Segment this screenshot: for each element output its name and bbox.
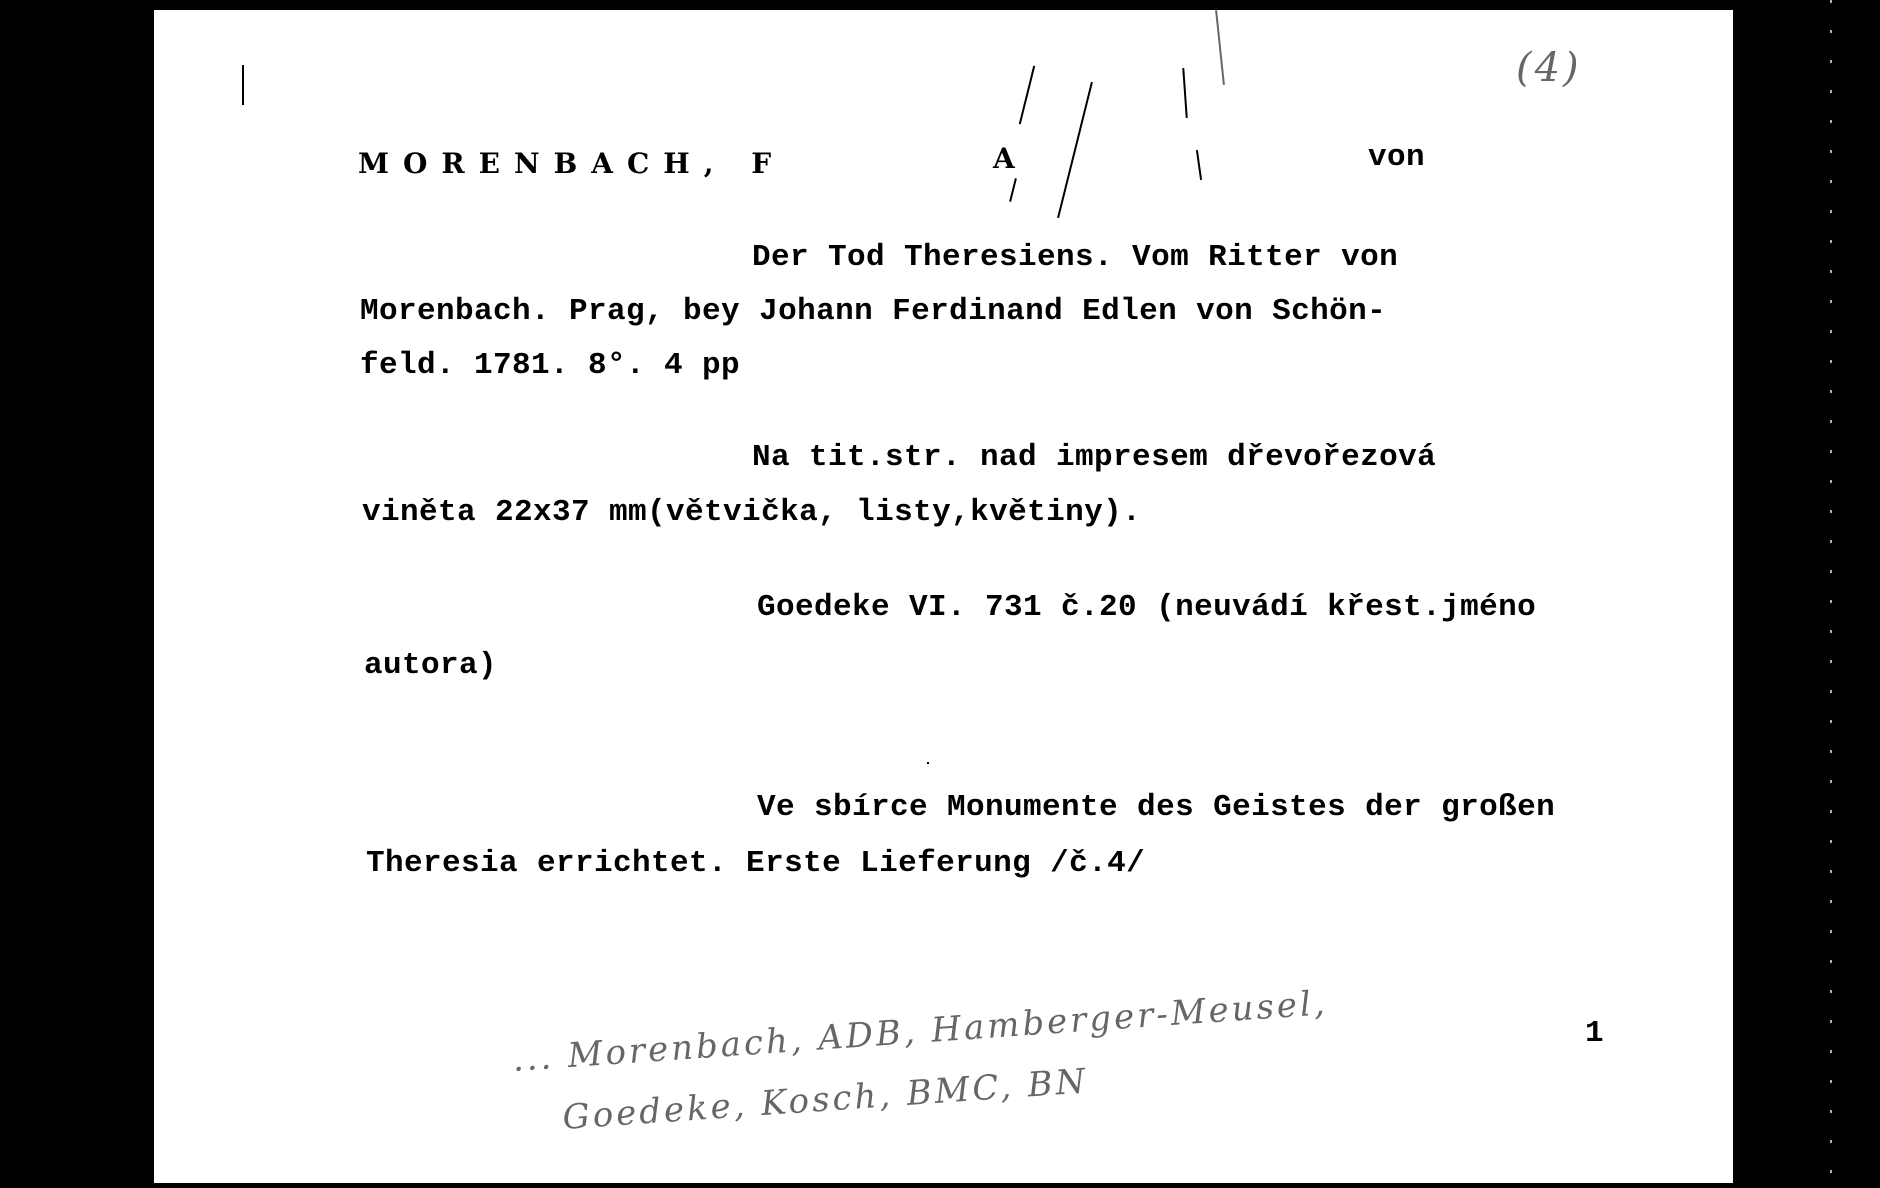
imprint-line: Morenbach. Prag, bey Johann Ferdinand Ed… (360, 296, 1386, 327)
reference-line: Goedeke VI. 731 č.20 (neuvádí křest.jmén… (757, 592, 1536, 623)
pencil-slash (1215, 10, 1225, 85)
series-line: Ve sbírce Monumente des Geistes der groß… (757, 792, 1555, 823)
series-line: Theresia errichtet. Erste Lieferung /č.4… (366, 848, 1145, 879)
pencil-slash (1057, 82, 1093, 218)
pencil-slash (1019, 66, 1035, 125)
pencil-slash (1182, 68, 1187, 118)
card-number: 1 (1585, 1018, 1604, 1049)
corner-annotation: (4) (1516, 45, 1582, 91)
title-line: Der Tod Theresiens. Vom Ritter von (752, 242, 1398, 273)
pencil-slash (1009, 178, 1017, 202)
note-line: viněta 22x37 mm(větvička, listy,květiny)… (362, 497, 1141, 528)
speck (927, 762, 929, 764)
handwritten-note: Goedeke, Kosch, BMC, BN (561, 1061, 1089, 1138)
pencil-mark (242, 65, 244, 105)
heading-particle: von (1368, 142, 1425, 173)
note-line: Na tit.str. nad impresem dřevořezová (752, 442, 1436, 473)
handwritten-note: ... Morenbach, ADB, Hamberger-Meusel, (511, 983, 1329, 1080)
reference-line: autora) (364, 650, 497, 681)
imprint-line: feld. 1781. 8°. 4 pp (360, 350, 740, 381)
heading-initial: A (993, 145, 1029, 173)
heading-surname: MORENBACH, F (358, 150, 785, 178)
pencil-slash (1196, 150, 1202, 180)
scan-edge-artifacts (1830, 0, 1832, 1188)
catalog-card: (4) MORENBACH, F A von Der Tod Theresien… (154, 10, 1733, 1183)
